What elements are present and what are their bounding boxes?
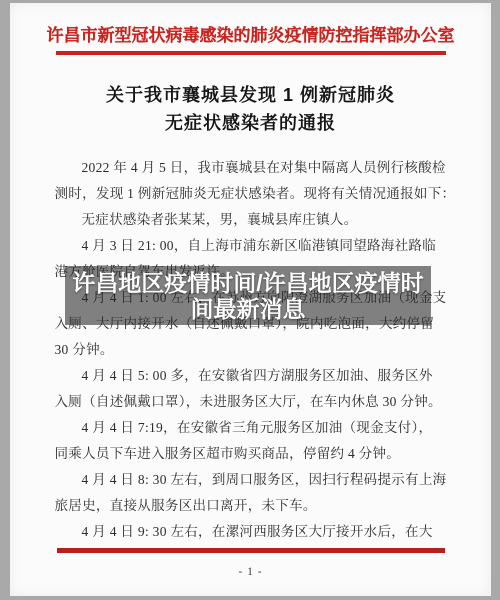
body-line: 4 月 4 日 7:19，在安徽省三角元服务区加油（现金支付）， xyxy=(55,415,447,441)
body-line: 30 分钟。 xyxy=(55,337,447,363)
caption-overlay-line-1: 许昌地区疫情时间/许昌地区疫情时 xyxy=(72,270,423,296)
letterhead-banner: 许昌市新型冠状病毒感染的肺炎疫情防控指挥部办公室 xyxy=(10,21,491,46)
page-number: - 1 - xyxy=(10,566,491,578)
document-body: 2022 年 4 月 5 日，我市襄城县在对集中隔离人员例行核酸检测时，发现 1… xyxy=(55,155,447,545)
screenshot-root: { "document": { "header_banner": "许昌市新型冠… xyxy=(0,0,500,600)
body-line: 旅居史，直接从服务区出口离开，未下车。 xyxy=(55,493,447,519)
letterhead-divider xyxy=(56,51,446,55)
body-line: 4 月 4 日 8: 30 左右，到周口服务区，因扫行程码提示有上海 xyxy=(55,467,447,493)
body-line: 无症状感染者张某某，男，襄城县库庄镇人。 xyxy=(55,207,447,233)
caption-overlay-band: 许昌地区疫情时间/许昌地区疫情时 间最新消息 xyxy=(65,266,431,325)
body-line: 2022 年 4 月 5 日，我市襄城县在对集中隔离人员例行核酸检 xyxy=(55,155,447,181)
document-title: 关于我市襄城县发现 1 例新冠肺炎 无症状感染者的通报 xyxy=(10,81,491,137)
document-title-line-2: 无症状感染者的通报 xyxy=(10,109,491,137)
body-line: 4 月 4 日 9: 30 左右，在漯河西服务区大厅接开水后，在大 xyxy=(55,519,447,545)
document-title-line-1: 关于我市襄城县发现 1 例新冠肺炎 xyxy=(10,81,491,109)
body-line: 4 月 3 日 21: 00，自上海市浦东新区临港镇同望路海社路临 xyxy=(55,233,447,259)
body-line: 入厕（自述佩戴口罩），未进服务区大厅，在车内休息 30 分钟。 xyxy=(55,389,447,415)
footer-divider xyxy=(57,548,445,553)
caption-overlay-line-2: 间最新消息 xyxy=(191,296,306,322)
body-line: 测时，发现 1 例新冠肺炎无症状感染者。现将有关情况通报如下： xyxy=(55,181,447,207)
body-line: 同乘人员下车进入服务区超市购买商品，停留约 4 分钟。 xyxy=(55,441,447,467)
body-line: 4 月 4 日 5: 00 多，在安徽省四方湖服务区加油、服务区外 xyxy=(55,363,447,389)
